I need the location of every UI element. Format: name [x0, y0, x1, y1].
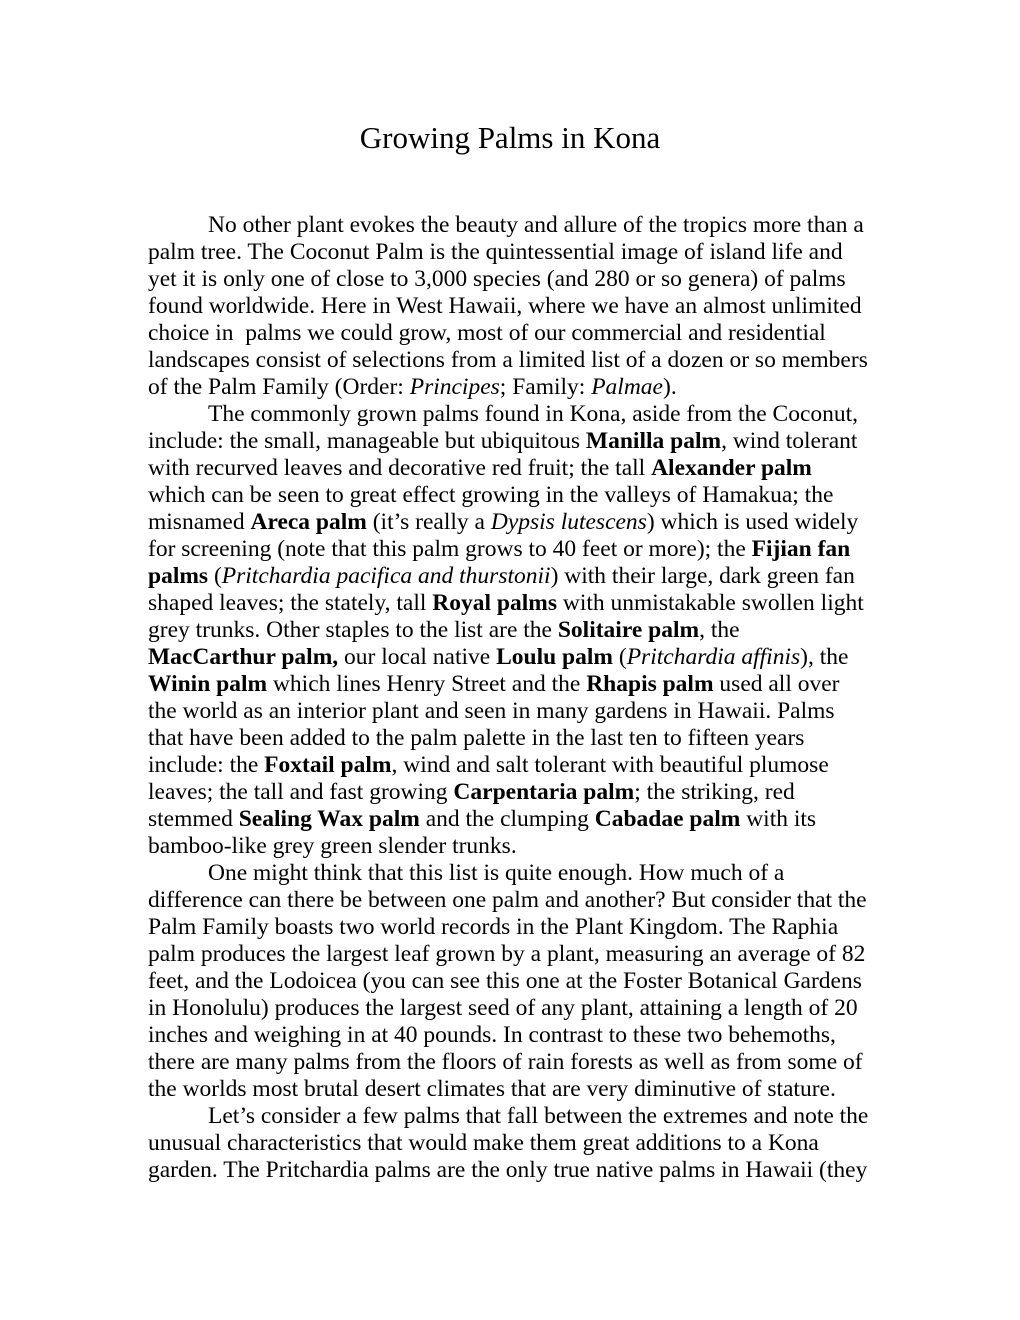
text-run-normal: and the clumping	[420, 806, 595, 832]
text-run-italic: Principes	[410, 374, 500, 400]
text-run-normal: No other plant evokes the beauty and all…	[148, 212, 874, 400]
text-run-normal: ), the	[800, 644, 854, 670]
text-run-bold: Winin palm	[148, 671, 267, 697]
text-run-italic: Pritchardia pacifica and thurstonii	[222, 563, 551, 589]
text-run-normal: , the	[699, 617, 745, 643]
text-run-bold: Areca palm	[250, 509, 366, 535]
text-run-bold: Solitaire palm	[558, 617, 699, 643]
paragraph-1: No other plant evokes the beauty and all…	[148, 212, 872, 401]
paragraph-4: Let’s consider a few palms that fall bet…	[148, 1103, 872, 1184]
text-run-italic: Palmae	[591, 374, 663, 400]
text-run-bold: Rhapis palm	[586, 671, 713, 697]
paragraph-2: The commonly grown palms found in Kona, …	[148, 401, 872, 860]
text-run-bold: Foxtail palm	[264, 752, 391, 778]
text-run-normal: One might think that this list is quite …	[148, 860, 872, 1102]
text-run-bold: Sealing Wax palm	[239, 806, 420, 832]
text-run-normal: (	[613, 644, 627, 670]
text-run-bold: Carpentaria palm	[453, 779, 634, 805]
text-run-bold: Manilla palm	[586, 428, 721, 454]
text-run-normal: which lines Henry Street and the	[267, 671, 586, 697]
text-run-normal: our local native	[338, 644, 496, 670]
document-title: Growing Palms in Kona	[148, 120, 872, 156]
paragraph-3: One might think that this list is quite …	[148, 860, 872, 1103]
text-run-bold: MacCarthur palm,	[148, 644, 338, 670]
text-run-normal: Let’s consider a few palms that fall bet…	[148, 1103, 874, 1183]
text-run-bold: Alexander palm	[651, 455, 812, 481]
text-run-bold: Royal palms	[432, 590, 557, 616]
text-run-bold: Cabadae palm	[595, 806, 741, 832]
text-run-bold: Loulu palm	[496, 644, 613, 670]
text-run-normal: (it’s really a	[367, 509, 491, 535]
document-body: No other plant evokes the beauty and all…	[148, 212, 872, 1184]
text-run-italic: Dypsis lutescens	[491, 509, 647, 535]
text-run-normal: (	[208, 563, 222, 589]
document-page: Growing Palms in Kona No other plant evo…	[0, 0, 1020, 1320]
text-run-italic: Pritchardia affinis	[627, 644, 800, 670]
text-run-normal: ; Family:	[500, 374, 591, 400]
text-run-normal: ).	[663, 374, 677, 400]
